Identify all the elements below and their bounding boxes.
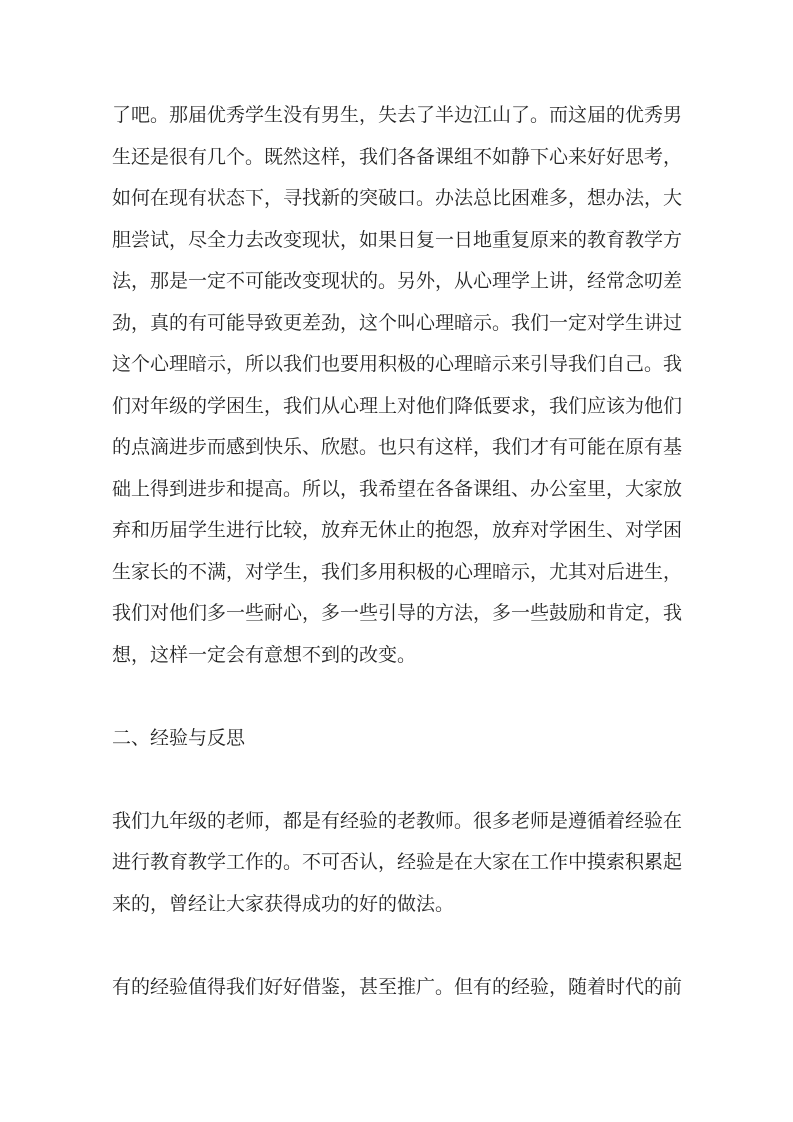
- text-line: 生家长的不满，对学生，我们多用积极的心理暗示，尤其对后进生，: [112, 552, 682, 594]
- text-line: 们对年级的学困生，我们从心理上对他们降低要求，我们应该为他们: [112, 386, 682, 428]
- text-line: 进行教育教学工作的。不可否认，经验是在大家在工作中摸索积累起: [112, 842, 682, 884]
- text-line: 来的，曾经让大家获得成功的好的做法。: [112, 884, 682, 926]
- text-line: 弃和历届学生进行比较，放弃无休止的抱怨，放弃对学困生、对学困: [112, 510, 682, 552]
- heading-line: 二、经验与反思: [112, 718, 682, 760]
- text-line: 有的经验值得我们好好借鉴，甚至推广。但有的经验，随着时代的前: [112, 967, 682, 1009]
- section-heading: 二、经验与反思: [112, 718, 682, 760]
- text-line: 劲，真的有可能导致更差劲，这个叫心理暗示。我们一定对学生讲过: [112, 303, 682, 345]
- paragraph-1: 了吧。那届优秀学生没有男生，失去了半边江山了。而这届的优秀男生还是很有几个。既然…: [112, 95, 682, 676]
- paragraph-2: 我们九年级的老师，都是有经验的老教师。很多老师是遵循着经验在进行教育教学工作的。…: [112, 801, 682, 926]
- text-line: 这个心理暗示，所以我们也要用积极的心理暗示来引导我们自己。我: [112, 344, 682, 386]
- text-line: 我们九年级的老师，都是有经验的老教师。很多老师是遵循着经验在: [112, 801, 682, 843]
- text-line: 的点滴进步而感到快乐、欣慰。也只有这样，我们才有可能在原有基: [112, 427, 682, 469]
- text-line: 础上得到进步和提高。所以，我希望在各备课组、办公室里，大家放: [112, 469, 682, 511]
- text-line: 了吧。那届优秀学生没有男生，失去了半边江山了。而这届的优秀男: [112, 95, 682, 137]
- text-line: 想，这样一定会有意想不到的改变。: [112, 635, 682, 677]
- paragraph-3: 有的经验值得我们好好借鉴，甚至推广。但有的经验，随着时代的前: [112, 967, 682, 1009]
- text-line: 我们对他们多一些耐心，多一些引导的方法，多一些鼓励和肯定，我: [112, 593, 682, 635]
- text-line: 生还是很有几个。既然这样，我们各备课组不如静下心来好好思考，: [112, 137, 682, 179]
- text-block: 了吧。那届优秀学生没有男生，失去了半边江山了。而这届的优秀男生还是很有几个。既然…: [112, 95, 682, 1008]
- text-line: 胆尝试，尽全力去改变现状，如果日复一日地重复原来的教育教学方: [112, 220, 682, 262]
- text-line: 如何在现有状态下，寻找新的突破口。办法总比困难多，想办法，大: [112, 178, 682, 220]
- text-line: 法，那是一定不可能改变现状的。另外，从心理学上讲，经常念叨差: [112, 261, 682, 303]
- document-page: 了吧。那届优秀学生没有男生，失去了半边江山了。而这届的优秀男生还是很有几个。既然…: [0, 0, 793, 1122]
